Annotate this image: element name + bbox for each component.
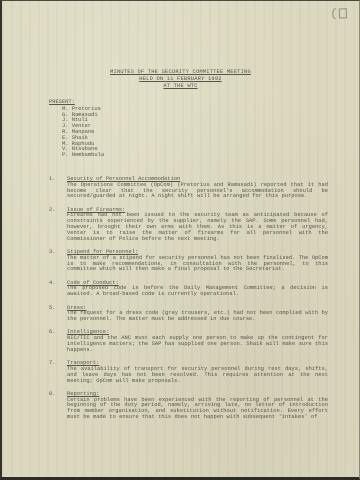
handwritten-corner-mark (328, 6, 351, 28)
section-text: Security of Personnel AccommodationThe O… (67, 177, 328, 200)
minutes-sections: 1.Security of Personnel AccommodationThe… (49, 177, 328, 428)
title-line-3: AT THE WTC (2, 83, 359, 90)
section-body: The matter of a stipend for security per… (67, 256, 328, 273)
section-number: 4. (49, 281, 67, 298)
section-body: The proposed code is before the Daily Ma… (67, 286, 328, 298)
minutes-section: 4.Code of Conduct:The proposed code is b… (49, 281, 328, 298)
attendance-block: PRESENT: M. PretoriusG. RamasadiJ. Ntuli… (49, 100, 104, 159)
section-body: The availability of transport for securi… (67, 367, 328, 384)
section-text: Intelligence:NIC/TIC and the ANC must ea… (67, 330, 328, 353)
title-line-1: MINUTES OF THE SECURITY COMMITTEE MEETIN… (2, 69, 359, 76)
title-line-2: HELD ON 11 FEBRUARY 1992 (2, 76, 359, 83)
minutes-section: 8.Reporting:Certain problems have been e… (49, 392, 328, 421)
section-body: Firearms had not been issued to the secu… (67, 213, 328, 242)
minutes-section: 5.Dress:The request for a dress code (gr… (49, 306, 328, 323)
section-text: Transport:The availability of transport … (67, 361, 328, 384)
section-number: 8. (49, 392, 67, 421)
document-title: MINUTES OF THE SECURITY COMMITTEE MEETIN… (2, 69, 359, 90)
section-number: 5. (49, 306, 67, 323)
present-label: PRESENT: (49, 100, 104, 106)
section-text: Dress:The request for a dress code (grey… (67, 306, 328, 323)
minutes-section: 3.Stipend for Personnel:The matter of a … (49, 250, 328, 273)
section-text: Code of Conduct:The proposed code is bef… (67, 281, 328, 298)
section-number: 2. (49, 208, 67, 243)
section-text: Issue of Firearms:Firearms had not been … (67, 208, 328, 243)
present-names-list: M. PretoriusG. RamasadiJ. NtuliJ. Venter… (62, 107, 104, 159)
scanned-document-page: MINUTES OF THE SECURITY COMMITTEE MEETIN… (0, 0, 360, 480)
section-text: Reporting:Certain problems have been exp… (67, 392, 328, 421)
section-number: 7. (49, 361, 67, 384)
section-body: The request for a dress code (grey trous… (67, 311, 328, 323)
section-number: 1. (49, 177, 67, 200)
section-body: The Operations Committee (OpCom) (Pretor… (67, 183, 328, 200)
bracket-box-pencil-icon (328, 6, 351, 23)
section-number: 6. (49, 330, 67, 353)
minutes-section: 6.Intelligence:NIC/TIC and the ANC must … (49, 330, 328, 353)
minutes-section: 1.Security of Personnel AccommodationThe… (49, 177, 328, 200)
section-text: Stipend for Personnel:The matter of a st… (67, 250, 328, 273)
section-number: 3. (49, 250, 67, 273)
section-body: NIC/TIC and the ANC must each supply one… (67, 336, 328, 353)
minutes-section: 2.Issue of Firearms:Firearms had not bee… (49, 208, 328, 243)
minutes-section: 7.Transport:The availability of transpor… (49, 361, 328, 384)
attendee-name: P. Nembambula (62, 153, 104, 159)
section-body: Certain problems have been experienced w… (67, 398, 328, 421)
